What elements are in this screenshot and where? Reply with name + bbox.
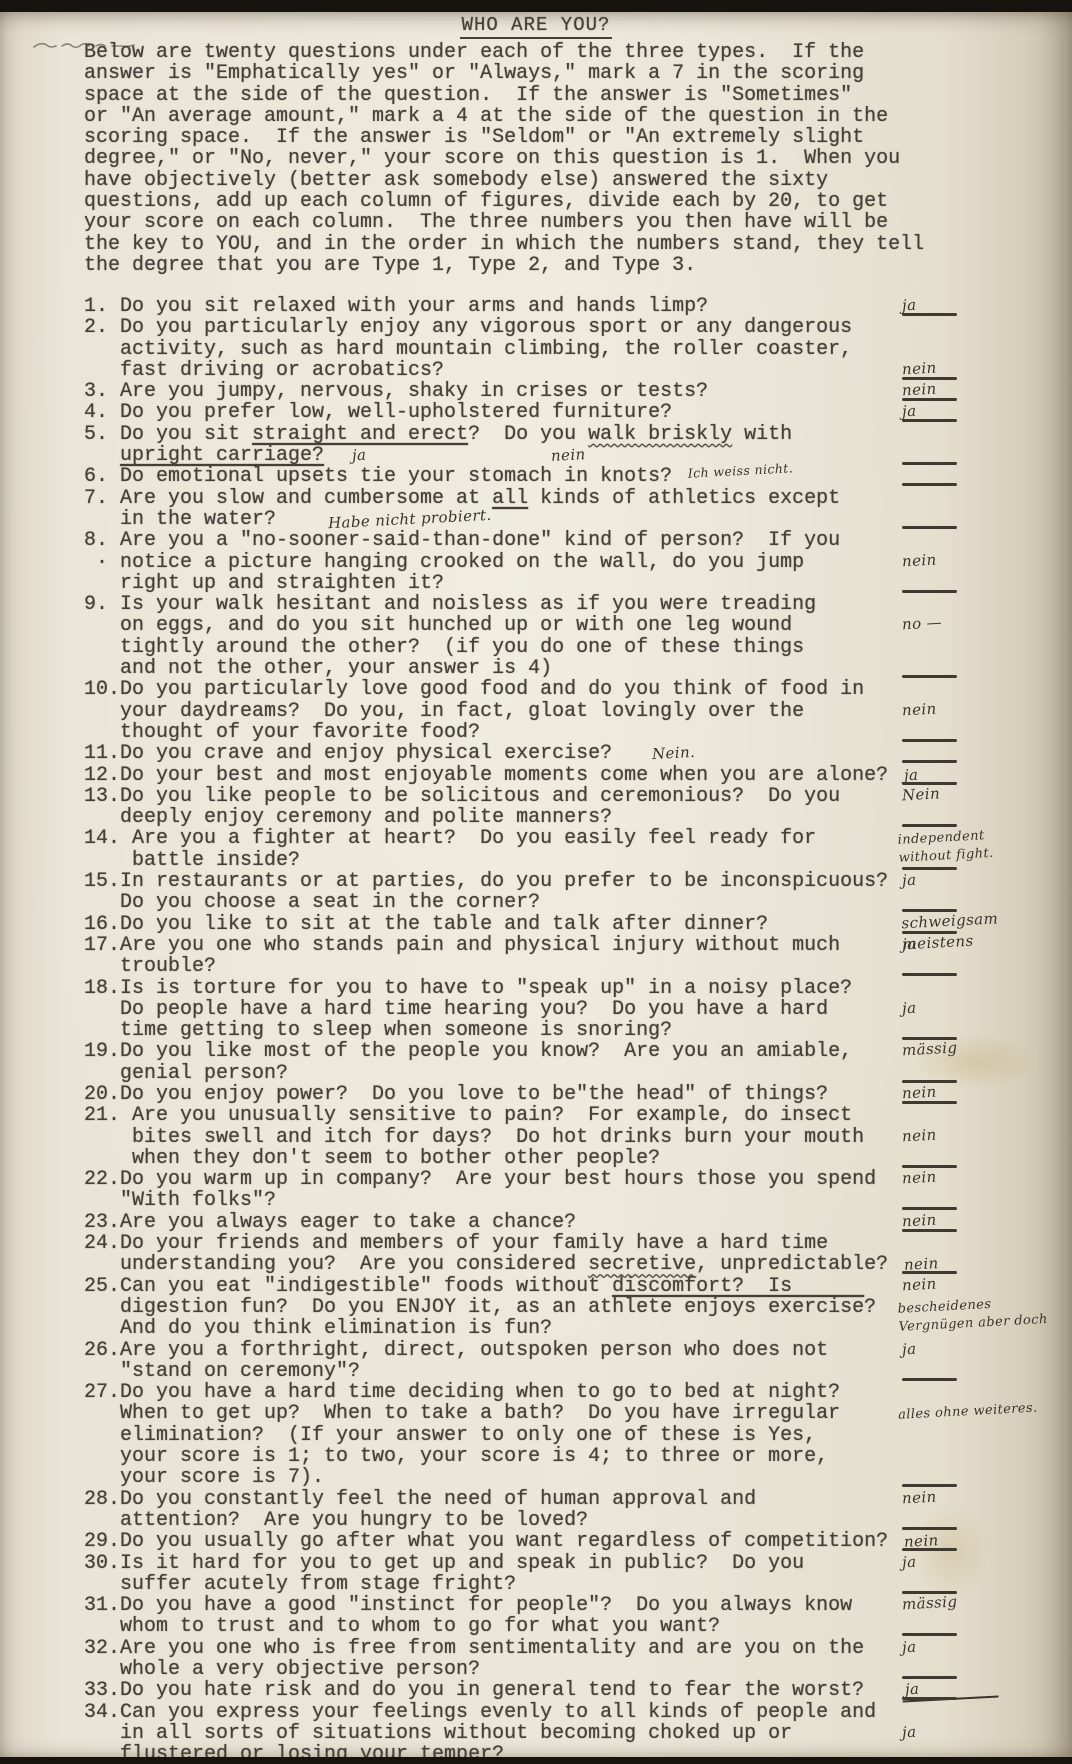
score-space-line (902, 526, 957, 529)
typed-text: tightly around the other? (if you do one… (84, 636, 804, 659)
question-line: 18.Is is torture for you to have to "spe… (84, 978, 1070, 999)
question-34: 34.Can you express your feelings evenly … (84, 1702, 1070, 1764)
typed-text: Do you choose a seat in the corner? (84, 891, 540, 914)
handwritten-answer: nein (902, 546, 993, 572)
handwritten-answer: ja (902, 1632, 993, 1658)
typed-text: secretive (588, 1253, 696, 1276)
typed-text (792, 1275, 864, 1298)
typed-text: digestion fun? Do you ENJOY it, as an at… (84, 1296, 876, 1319)
question-28: 28.Do you constantly feel the need of hu… (84, 1489, 1070, 1532)
question-line: tightly around the other? (if you do one… (84, 637, 1070, 658)
typed-text (84, 444, 120, 467)
question-line: elimination? (If your answer to only one… (84, 1425, 1070, 1446)
handwritten-answer: nein (902, 695, 993, 721)
handwritten-inline-answer: Nein. (652, 742, 696, 766)
typed-text: your score is 1; to two, your score is 4… (84, 1445, 828, 1468)
typed-text: on eggs, and do you sit hunched up or wi… (84, 614, 792, 637)
typed-text: elimination? (If your answer to only one… (84, 1424, 816, 1447)
question-line: 21. Are you unusually sensitive to pain?… (84, 1105, 1070, 1126)
typed-text: 15.In restaurants or at parties, do you … (84, 870, 888, 893)
score-space-line (902, 1697, 957, 1700)
score-space-line (902, 1101, 957, 1104)
question-33: 33.Do you hate risk and do you in genera… (84, 1680, 1070, 1701)
typed-text: your daydreams? Do you, in fact, gloat l… (84, 700, 804, 723)
handwritten-inline-answer: nein (550, 444, 586, 467)
typed-text: with (732, 423, 792, 446)
typed-text: 24.Do your friends and members of your f… (84, 1232, 828, 1255)
typed-text: and not the other, your answer is 4) (84, 657, 552, 680)
typed-text: "With folks"? (84, 1189, 276, 1212)
handwritten-answer: nein (902, 1121, 993, 1147)
typed-text: time getting to sleep when someone is sn… (84, 1019, 672, 1042)
question-32: 32.Are you one who is free from sentimen… (84, 1638, 1070, 1681)
typed-text: battle inside? (84, 849, 300, 872)
typed-text: 32.Are you one who is free from sentimen… (84, 1637, 864, 1660)
question-line: activity, such as hard mountain climbing… (84, 339, 1070, 360)
typed-text: 13.Do you like people to be solicitous a… (84, 785, 840, 808)
typed-text: 21. Are you unusually sensitive to pain?… (84, 1104, 852, 1127)
question-7: 7. Are you slow and cumbersome at all ki… (84, 488, 1070, 531)
question-8: 8. Are you a "no-sooner-said-than-done" … (84, 530, 1070, 594)
question-line: 27.Do you have a hard time deciding when… (84, 1382, 1070, 1403)
question-30: 30.Is it hard for you to get up and spea… (84, 1553, 1070, 1596)
typed-text: whom to trust and to whom to go for what… (84, 1615, 720, 1638)
typed-text: walk briskly (588, 423, 732, 446)
question-26: 26.Are you a forthright, direct, outspok… (84, 1340, 1070, 1383)
typed-text: 28.Do you constantly feel the need of hu… (84, 1488, 756, 1511)
typed-text: 16.Do you like to sit at the table and t… (84, 913, 768, 936)
score-space-line (902, 483, 957, 486)
question-15: 15.In restaurants or at parties, do you … (84, 871, 1070, 914)
typed-text: 8. Are you a "no-sooner-said-than-done" … (84, 529, 840, 552)
typed-text: 2. Do you particularly enjoy any vigorou… (84, 316, 852, 339)
score-space-line (902, 973, 957, 976)
question-19: 19.Do you like most of the people you kn… (84, 1041, 1070, 1084)
typed-text: 1. Do you sit relaxed with your arms and… (84, 295, 708, 318)
typed-text: deeply enjoy ceremony and polite manners… (84, 806, 612, 829)
typed-text: 4. Do you prefer low, well-upholstered f… (84, 401, 672, 424)
typed-text: 34.Can you express your feelings evenly … (84, 1701, 876, 1724)
typed-text: 19.Do you like most of the people you kn… (84, 1040, 852, 1063)
typed-text: activity, such as hard mountain climbing… (84, 338, 852, 361)
handwritten-answer: nein (902, 1270, 993, 1296)
typed-text: bites swell and itch for days? Do hot dr… (84, 1126, 864, 1149)
question-17: 17.Are you one who stands pain and physi… (84, 935, 1070, 978)
typed-text: 33.Do you hate risk and do you in genera… (84, 1679, 864, 1702)
question-line: 5. Do you sit straight and erect? Do you… (84, 424, 1070, 445)
score-space-line (902, 739, 957, 742)
typed-text: 23.Are you always eager to take a chance… (84, 1211, 576, 1234)
typed-text: 26.Are you a forthright, direct, outspok… (84, 1339, 828, 1362)
typed-text: 17.Are you one who stands pain and physi… (84, 934, 840, 957)
typed-text: 11.Do you crave and enjoy physical exerc… (84, 742, 648, 765)
typed-text: thought of your favorite food? (84, 721, 480, 744)
question-24: 24.Do your friends and members of your f… (84, 1233, 1070, 1276)
question-23: 23.Are you always eager to take a chance… (84, 1212, 1070, 1233)
question-11: 11.Do you crave and enjoy physical exerc… (84, 743, 1070, 764)
question-1: 1. Do you sit relaxed with your arms and… (84, 296, 1070, 317)
typed-text: Do people have a hard time hearing you? … (84, 998, 828, 1021)
question-line: 34.Can you express your feelings evenly … (84, 1702, 1070, 1723)
typed-text: · notice a picture hanging crooked on th… (84, 551, 804, 574)
intro-instructions: Below are twenty questions under each of… (84, 42, 1004, 276)
question-21: 21. Are you unusually sensitive to pain?… (84, 1105, 1070, 1169)
question-line: 10.Do you particularly love good food an… (84, 679, 1070, 700)
typed-text: 9. Is your walk hesitant and noisless as… (84, 593, 816, 616)
handwritten-answer: ja (902, 1547, 993, 1573)
question-12: 12.Do your best and most enjoyable momen… (84, 765, 1070, 786)
typed-text: 10.Do you particularly love good food an… (84, 678, 864, 701)
question-line: your score is 1; to two, your score is 4… (84, 1446, 1070, 1467)
question-29: 29.Do you usually go after what you want… (84, 1531, 1070, 1552)
page-title: WHO ARE YOU? (0, 14, 1072, 36)
handwritten-inline-answer: Ich weiss nicht. (687, 458, 793, 485)
typed-text: 5. Do you sit (84, 423, 252, 446)
typed-text: straight and erect (252, 423, 468, 446)
typed-text: suffer acutely from stage fright? (84, 1573, 516, 1596)
score-space-line (902, 824, 957, 827)
typed-text: whole a very objective person? (84, 1658, 480, 1681)
typed-text: all (492, 487, 528, 510)
question-line: 7. Are you slow and cumbersome at all ki… (84, 488, 1070, 509)
typed-text: And do you think elimination is fun? (84, 1317, 552, 1340)
question-2: 2. Do you particularly enjoy any vigorou… (84, 317, 1070, 381)
score-space-line (902, 1229, 957, 1232)
typed-text: right up and straighten it? (84, 572, 444, 595)
question-line: 8. Are you a "no-sooner-said-than-done" … (84, 530, 1070, 551)
typed-text: fast driving or acrobatics? (84, 359, 444, 382)
typed-text: 18.Is is torture for you to have to "spe… (84, 977, 852, 1000)
question-9: 9. Is your walk hesitant and noisless as… (84, 594, 1070, 679)
question-20: 20.Do you enjoy power? Do you love to be… (84, 1084, 1070, 1105)
typed-text: 22.Do you warm up in company? Are your b… (84, 1168, 876, 1191)
typed-text: ? Do you (468, 423, 588, 446)
question-line: 2. Do you particularly enjoy any vigorou… (84, 317, 1070, 338)
typed-text: in the water? (84, 508, 324, 531)
question-line: 24.Do your friends and members of your f… (84, 1233, 1070, 1254)
handwritten-answer: ja (902, 1334, 993, 1360)
typed-text (324, 444, 348, 467)
typed-text: kinds of athletics except (528, 487, 840, 510)
question-6: 6. Do emotional upsets tie your stomach … (84, 466, 1070, 487)
typed-text: 12.Do your best and most enjoyable momen… (84, 764, 900, 787)
typed-text: 3. Are you jumpy, nervous, shaky in cris… (84, 380, 708, 403)
question-27: 27.Do you have a hard time deciding when… (84, 1382, 1070, 1488)
score-space-line (902, 313, 957, 316)
typed-text: trouble? (84, 955, 216, 978)
score-space-line (902, 760, 957, 763)
handwritten-answer: ja (902, 993, 993, 1019)
score-space-line (902, 675, 957, 678)
typed-text: upright carriage? (120, 444, 324, 467)
score-space-line (902, 1527, 957, 1530)
typed-text: genial person? (84, 1062, 288, 1085)
typed-text: When to get up? When to take a bath? Do … (84, 1402, 840, 1425)
questions: 1. Do you sit relaxed with your arms and… (84, 296, 1070, 1764)
score-space-line (902, 462, 957, 465)
typed-text: 29.Do you usually go after what you want… (84, 1530, 900, 1553)
typed-text: 14. Are you a fighter at heart? Do you e… (84, 827, 816, 850)
scanned-questionnaire-page: { "page": { "title": "WHO ARE YOU?", "in… (0, 0, 1072, 1764)
handwritten-answer: Nein (902, 780, 993, 806)
typed-text: 30.Is it hard for you to get up and spea… (84, 1552, 804, 1575)
typed-text: 27.Do you have a hard time deciding when… (84, 1381, 840, 1404)
question-4: 4. Do you prefer low, well-upholstered f… (84, 402, 1070, 423)
question-25: 25.Can you eat "indigestible" foods with… (84, 1276, 1070, 1340)
typed-text: understanding you? Are you considered (84, 1253, 588, 1276)
typed-text: in all sorts of situations without becom… (84, 1722, 792, 1745)
typed-text: 31.Do you have a good "instinct for peop… (84, 1594, 852, 1617)
typed-text: 25.Can you eat "indigestible" foods with… (84, 1275, 612, 1298)
handwritten-answer: ja (902, 1718, 993, 1744)
question-31: 31.Do you have a good "instinct for peop… (84, 1595, 1070, 1638)
question-18: 18.Is is torture for you to have to "spe… (84, 978, 1070, 1042)
question-16: 16.Do you like to sit at the table and t… (84, 914, 1070, 935)
score-space-line (902, 590, 957, 593)
question-10: 10.Do you particularly love good food an… (84, 679, 1070, 743)
typed-text (366, 444, 546, 467)
typed-text: attention? Are you hungry to be loved? (84, 1509, 588, 1532)
handwritten-inline-answer: ja (352, 445, 368, 467)
question-22: 22.Do you warm up in company? Are your b… (84, 1169, 1070, 1212)
question-5: 5. Do you sit straight and erect? Do you… (84, 424, 1070, 467)
typed-text: discomfort? Is (612, 1275, 792, 1298)
handwritten-answer: ja (902, 930, 993, 956)
question-13: 13.Do you like people to be solicitous a… (84, 786, 1070, 829)
typed-text: 6. Do emotional upsets tie your stomach … (84, 465, 684, 488)
typed-text: "stand on ceremony"? (84, 1360, 360, 1383)
typed-text: 7. Are you slow and cumbersome at (84, 487, 492, 510)
typed-text: 20.Do you enjoy power? Do you love to be… (84, 1083, 828, 1106)
typed-text: your score is 7). (84, 1466, 324, 1489)
question-14: 14. Are you a fighter at heart? Do you e… (84, 828, 1070, 871)
handwritten-answer: nein (902, 1483, 993, 1509)
score-space-line (902, 1378, 957, 1381)
scan-border-top (0, 0, 1072, 12)
typed-text: when they don't seem to bother other peo… (84, 1147, 660, 1170)
typed-text: , unpredictable? (696, 1253, 900, 1276)
scan-border-bottom (0, 1757, 1072, 1764)
